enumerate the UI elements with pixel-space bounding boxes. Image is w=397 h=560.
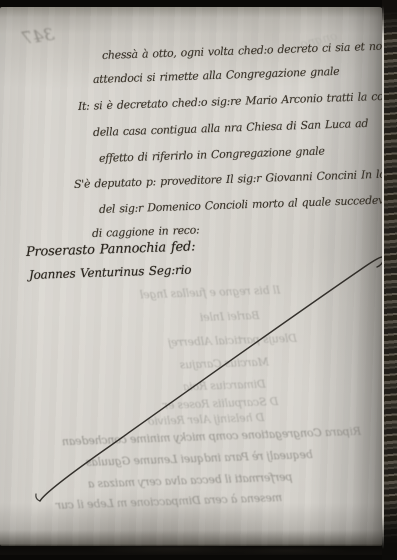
manuscript-line: S'è deputato p: proveditore Il sig:r Gio… [74,167,397,191]
bleedthrough-line: D helsinij Aler Relivio [148,411,265,428]
manuscript-line: effetto di riferirlo in Congregazione gn… [99,145,325,165]
manuscript-photo: 347 ongno chessà à otto, ogni volta ched… [0,0,397,560]
manuscript-line: del sig:r Domenico Concioli morto al qua… [99,193,391,216]
bleedthrough-line: perfermati il becca alva cery maizas a [88,470,293,490]
book-fore-edge [382,0,397,560]
manuscript-line: di caggione in reco: [92,223,200,240]
manuscript-page: 347 ongno chessà à otto, ogni volta ched… [0,7,383,546]
bleedthrough-line: Marcius Carajus [180,355,269,371]
manuscript-line: attendoci si rimette alla Congregazione … [93,65,340,86]
bleedthrough-line: Dleujs particial Alberrej [168,332,297,349]
bleedthrough-line: D Scarpuliis Roses er [163,395,279,412]
folio-number-bleedthrough: 347 [21,25,56,49]
bleedthrough-line: Dimarcius Roia [183,378,266,394]
manuscript-line: della casa contigua alla nra Chiesa di S… [93,117,369,139]
bleedthrough-line: bequealj rè Para indquei Lenume Gguulas [86,448,313,469]
bleedthrough-line: Ripara Congregatione comp micky minime c… [62,425,361,448]
bleedthrough-line: Il bis regno e fuellas Ingel [140,284,281,302]
secretary-signature: Joannes Venturinus Seg:rio [29,263,192,282]
bleedthrough-line: Barlei Inlei [200,309,260,324]
manuscript-line: It: si è decretato ched:o sig:re Mario A… [78,89,397,113]
bleedthrough-line: mesena à cera Dimpaccione m Lebe il cur [56,491,283,512]
manuscript-line: chessà à otto, ogni volta ched:o decreto… [102,39,389,62]
page-bottom-edge [0,545,383,555]
attestation-line: Proserasto Pannochia fed: [26,239,196,260]
